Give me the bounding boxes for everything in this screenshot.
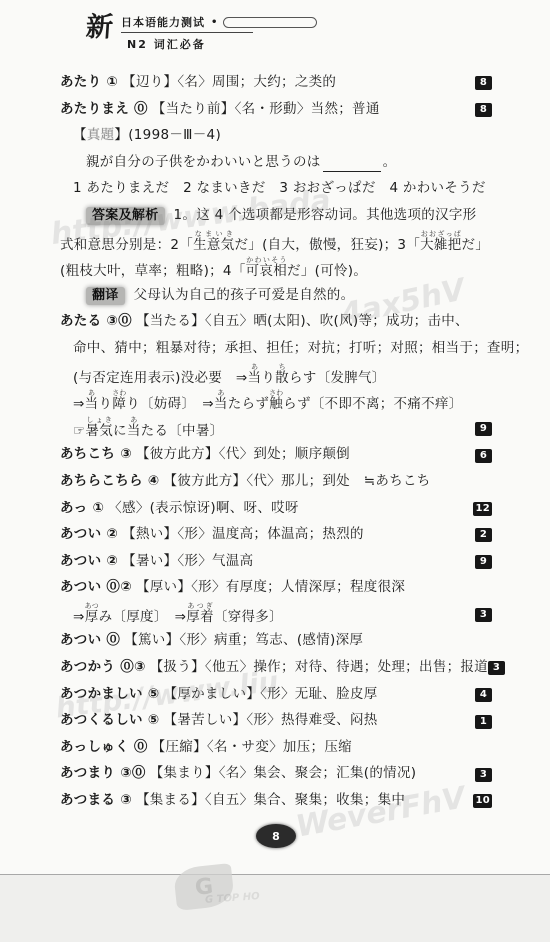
text-run: 【辺り】〈名〉周围；大约；之类的 [122,70,336,90]
section-label: 翻译 [86,287,125,305]
entry-list: あたり ①【辺り】〈名〉周围；大约；之类的8あたりまえ ⓪【当たり前】〈名・形動… [60,70,492,815]
header-top-row: 日本语能力测试 • [121,14,317,30]
headword: あちこち ③ [60,442,132,462]
headword: あつい ② [60,522,118,542]
header-title-block: 日本语能力测试 • N2 词汇必备 [121,14,317,52]
text-run: 。 [383,150,397,170]
series-title: 日本语能力测试 [121,14,205,30]
text-run: 】(1998－Ⅲ－4) [114,123,221,143]
text-run: ⇒ [73,609,85,625]
ruby-word: 可哀相かわいそう [246,256,287,279]
text-run: 【集まる】〈自五〉集合、聚集；收集；集中 [136,788,405,808]
frequency-badge: 3 [475,768,492,782]
text-run: ⇒ [73,396,85,412]
text-run: り [98,392,112,412]
text-run: 【篤い】〈形〉病重；笃志、(感情)深厚 [124,628,363,648]
text-run: 【暑苦しい】〈形〉热得难受、闷热 [164,708,378,728]
text-run: らす〔发脾气〕 [289,366,386,386]
text-run: 親が自分の子供をかわいいと思うのは [86,150,321,170]
frequency-badge: 9 [475,422,492,436]
text-run: 【彼方此方】〈代〉到处；顺序颠倒 [136,442,350,462]
section-label: 答案及解析 [86,207,165,225]
text-run: (与否定连用表示)没必要 ⇒ [73,366,248,386]
header-divider [121,32,253,33]
text-run: に [113,419,127,439]
headword: あつかましい ⑤ [60,682,160,702]
text-line: 答案及解析1。这 4 个选项都是形容动词。其他选项的汉字形 [60,203,492,230]
text-line: ⇒当あり障さわり〔妨碍〕 ⇒当あたらず触さわらず〔不即不离；不痛不痒〕 [60,389,492,416]
text-run: 【暑い】〈形〉气温高 [122,549,253,569]
text-run: り〔妨碍〕 ⇒ [126,392,214,412]
frequency-badge: 8 [475,103,492,117]
text-run: 【当たる】〈自五〉晒(太阳)、吹(风)等；成功；击中、 [136,309,469,329]
capsule-rule-icon [223,17,317,28]
headword: あっ ① [60,496,104,516]
headword: あつくるしい ⑤ [60,708,160,728]
entry-line: あつかましい ⑤【厚かましい】〈形〉无耻、脸皮厚4 [60,682,492,709]
text-run: 真題 [87,123,115,143]
bullet-icon: • [211,17,218,28]
headword: あつかう ⓪③ [60,655,146,675]
blank-underline [323,170,381,172]
text-run: 1。这 4 个选项都是形容动词。其他选项的汉字形 [174,203,477,223]
text-run: たらず [228,392,269,412]
headword: あたり ① [60,70,118,90]
text-line: ☞暑気しょきに当あたる〔中暑〕9 [60,416,492,443]
text-run: 命中、猜中；粗暴对待；承担、担任；对抗；打听；对照；相当于；查明； [73,336,528,356]
frequency-badge: 9 [475,555,492,569]
ruby-word: 当あ [85,389,99,412]
ruby-word: 大雑把おおざっぱ [420,230,461,253]
ruby-word: 厚着あつぎ [186,602,214,625]
frequency-badge: 3 [475,608,492,622]
text-run: 【圧縮】〈名・サ変〉加压；压缩 [152,735,352,755]
entry-line: あつまり ③⓪【集まり】〈名〉集会、聚会；汇集(的情况)3 [60,761,492,788]
entry-line: あつくるしい ⑤【暑苦しい】〈形〉热得难受、闷热1 [60,708,492,735]
text-line: 命中、猜中；粗暴对待；承担、担任；对抗；打听；对照；相当于；查明； [60,336,492,363]
headword: あつい ⓪② [60,575,132,595]
text-run: 【厚かましい】〈形〉无耻、脸皮厚 [164,682,378,702]
text-run: み〔厚度〕 ⇒ [99,605,187,625]
frequency-badge: 4 [475,688,492,702]
text-run: ☞ [73,423,85,439]
text-run: 【当たり前】〈名・形動〉当然；普通 [152,97,380,117]
ruby-word: 散ち [275,363,289,386]
text-run: たる〔中暑〕 [141,419,224,439]
text-line: 式和意思分别是：2「生意気なまいきだ」(自大，傲慢，狂妄)；3「大雑把おおざっぱ… [60,230,492,257]
headword: あつい ② [60,549,118,569]
frequency-badge: 3 [488,661,505,675]
text-run: 【集まり】〈名〉集会、聚会；汇集(的情况) [150,761,417,781]
ruby-word: 当あ [214,389,228,412]
text-line: 【真題】(1998－Ⅲ－4) [60,123,492,150]
book-subtitle: N2 词汇必备 [121,36,317,52]
headword: あっしゅく ⓪ [60,735,148,755]
text-run: 父母认为自己的孩子可爱是自然的。 [134,283,355,303]
text-line: 親が自分の子供をかわいいと思うのは。 [60,150,492,177]
ruby-word: 障さわ [112,389,126,412]
entry-line: あつい ⓪②【厚い】〈形〉有厚度；人情深厚；程度很深 [60,575,492,602]
entry-line: あつまる ③【集まる】〈自五〉集合、聚集；收集；集中10 [60,788,492,815]
book-header: 新 日本语能力测试 • N2 词汇必备 [86,14,317,52]
text-run: 【彼方此方】〈代〉那儿；到处 ≒あちこち [164,469,431,489]
headword: あちらこちら ④ [60,469,160,489]
frequency-badge: 6 [475,449,492,463]
ruby-word: 生意気なまいき [193,230,234,253]
frequency-badge: 2 [475,528,492,542]
entry-line: あつかう ⓪③【扱う】〈他五〉操作；对待、待遇；处理；出售；报道3 [60,655,492,682]
headword: あつまり ③⓪ [60,761,146,781]
headword: あたる ③⓪ [60,309,132,329]
text-run: 【 [73,123,87,143]
headword: あたりまえ ⓪ [60,97,148,117]
text-run: だ」(可怜)。 [287,259,367,279]
entry-line: あつい ②【暑い】〈形〉气温高9 [60,549,492,576]
entry-line: あたり ①【辺り】〈名〉周围；大约；之类的8 [60,70,492,97]
frequency-badge: 8 [475,76,492,90]
entry-line: あちらこちら ④【彼方此方】〈代〉那儿；到处 ≒あちこち [60,469,492,496]
text-run: 式和意思分别是：2「 [60,233,193,253]
text-run: らず〔不即不离；不痛不痒〕 [283,392,462,412]
frequency-badge: 1 [475,715,492,729]
text-run: 【扱う】〈他五〉操作；对待、待遇；处理；出售；报道 [150,655,488,675]
text-run: 〈感〉(表示惊讶)啊、呀、哎呀 [108,496,299,516]
text-run: 〔穿得多〕 [214,605,283,625]
text-run: 【熱い】〈形〉温度高；体温高；热烈的 [122,522,364,542]
entry-line: あちこち ③【彼方此方】〈代〉到处；顺序颠倒6 [60,442,492,469]
text-line: 1 あたりまえだ 2 なまいきだ 3 おおざっぱだ 4 かわいそうだ [60,176,492,203]
text-run: 【厚い】〈形〉有厚度；人情深厚；程度很深 [136,575,405,595]
scan-edge-band [0,875,550,942]
ruby-word: 当あ [248,363,262,386]
page-number-badge: 8 [256,824,296,848]
entry-line: あつい ⓪【篤い】〈形〉病重；笃志、(感情)深厚 [60,628,492,655]
text-run: 1 あたりまえだ 2 なまいきだ 3 おおざっぱだ 4 かわいそうだ [73,176,486,196]
entry-line: あっしゅく ⓪【圧縮】〈名・サ変〉加压；压缩 [60,735,492,762]
frequency-badge: 10 [473,794,492,808]
entry-line: あたりまえ ⓪【当たり前】〈名・形動〉当然；普通8 [60,97,492,124]
text-line: ⇒厚あつみ〔厚度〕 ⇒厚着あつぎ〔穿得多〕3 [60,602,492,629]
series-logo-char: 新 [85,14,114,41]
page: 新 日本语能力测试 • N2 词汇必备 あたり ①【辺り】〈名〉周围；大约；之类… [0,0,550,942]
ruby-word: 触さわ [269,389,283,412]
text-run: り [261,366,275,386]
text-run: だ」 [462,233,490,253]
text-line: 翻译父母认为自己的孩子可爱是自然的。 [60,283,492,310]
text-line: (粗枝大叶，草率；粗略)；4「可哀相かわいそうだ」(可怜)。 [60,256,492,283]
text-run: (粗枝大叶，草率；粗略)；4「 [60,259,246,279]
frequency-badge: 12 [473,502,492,516]
ruby-word: 当あ [127,416,141,439]
entry-line: あっ ①〈感〉(表示惊讶)啊、呀、哎呀12 [60,496,492,523]
headword: あつまる ③ [60,788,132,808]
text-run: だ」(自大，傲慢，狂妄)；3「 [235,233,421,253]
ruby-word: 暑気しょき [85,416,113,439]
entry-line: あつい ②【熱い】〈形〉温度高；体温高；热烈的2 [60,522,492,549]
headword: あつい ⓪ [60,628,120,648]
text-line: (与否定连用表示)没必要 ⇒当あり散ちらす〔发脾气〕 [60,363,492,390]
entry-line: あたる ③⓪【当たる】〈自五〉晒(太阳)、吹(风)等；成功；击中、 [60,309,492,336]
ruby-word: 厚あつ [85,602,99,625]
